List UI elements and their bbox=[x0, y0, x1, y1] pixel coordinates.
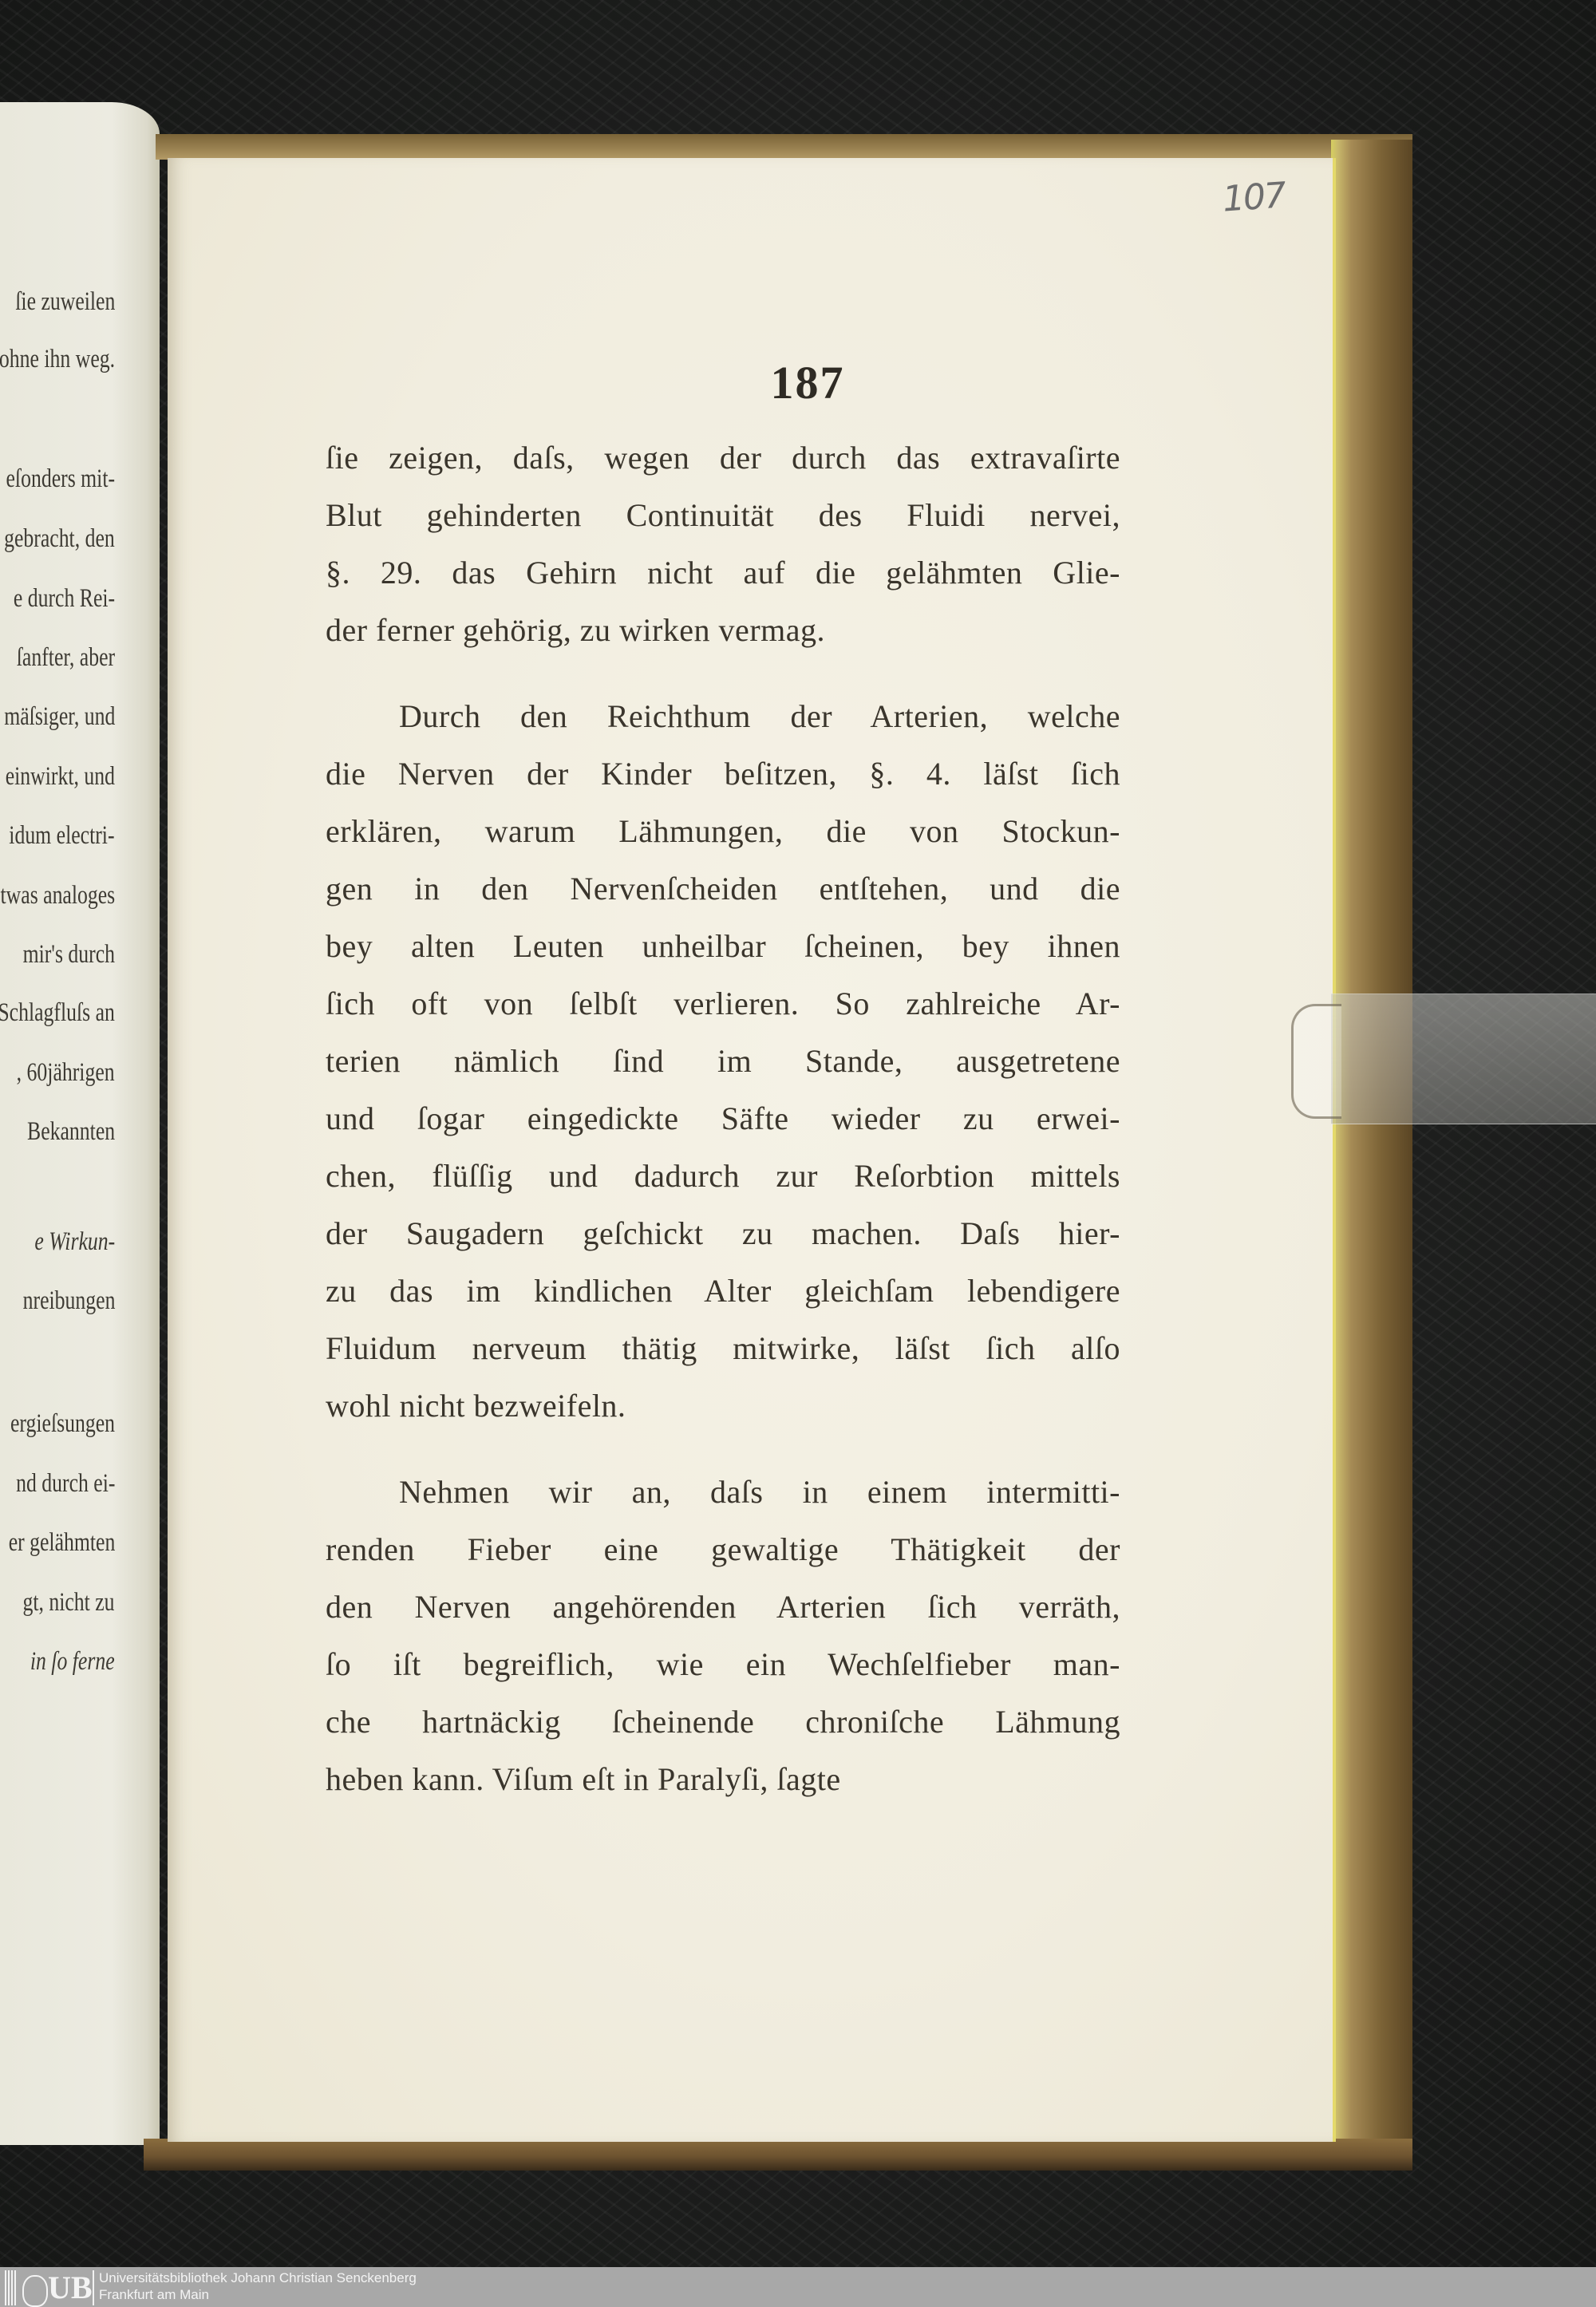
text-line: Blut gehinderten Continuität des Fluidi … bbox=[326, 487, 1120, 544]
text-line: heben kann. Viſum eſt in Paralyſi, ſagte bbox=[326, 1751, 1120, 1808]
text-line: und ſogar eingedickte Säfte wieder zu er… bbox=[326, 1090, 1120, 1148]
left-fragment-line: ſie zuweilen bbox=[15, 287, 115, 317]
text-line: che hartnäckig ſcheinende chroniſche Läh… bbox=[326, 1693, 1120, 1751]
left-fragment-line: nreibungen bbox=[22, 1286, 115, 1316]
text-line: ſo iſt begreiflich, wie ein Wechſelfiebe… bbox=[326, 1636, 1120, 1693]
book-board-top-edge bbox=[156, 134, 1412, 160]
text-line: erklären, warum Lähmungen, die von Stock… bbox=[326, 803, 1120, 860]
left-fragment-line: mäſsiger, und bbox=[4, 702, 115, 732]
body-text: ſie zeigen, daſs, wegen der durch das ex… bbox=[326, 429, 1120, 1808]
handwritten-folio-number: 107 bbox=[1221, 175, 1286, 219]
ub-logo-icon: UB bbox=[3, 2270, 94, 2305]
left-fragment-line: idum electri- bbox=[10, 821, 115, 851]
footer-text: Universitätsbibliothek Johann Christian … bbox=[99, 2269, 417, 2303]
institution-location: Frankfurt am Main bbox=[99, 2286, 417, 2303]
text-line: der ferner gehörig, zu wirken vermag. bbox=[326, 602, 1120, 659]
left-fragment-line: Bekannten bbox=[27, 1117, 115, 1147]
left-fragment-line: er gelähmten bbox=[8, 1528, 115, 1558]
text-line: chen, flüſſig und dadurch zur Reſorbtion… bbox=[326, 1148, 1120, 1205]
left-fragment-line: Schlagfluſs an bbox=[0, 998, 115, 1028]
text-line: der Saugadern geſchickt zu machen. Daſs … bbox=[326, 1205, 1120, 1262]
text-line: §. 29. das Gehirn nicht auf die gelähmte… bbox=[326, 544, 1120, 602]
text-line: Fluidum nerveum thätig mitwirke, läſst ſ… bbox=[326, 1320, 1120, 1377]
text-line: ſie zeigen, daſs, wegen der durch das ex… bbox=[326, 429, 1120, 487]
page-number: 187 bbox=[0, 356, 1596, 409]
left-fragment-line: ergieſsungen bbox=[10, 1409, 115, 1439]
institution-name: Universitätsbibliothek Johann Christian … bbox=[99, 2269, 417, 2286]
transparent-bookmark-strip bbox=[1331, 994, 1596, 1124]
left-fragment-line: eſonders mit- bbox=[6, 464, 115, 494]
left-fragment-line: in ſo ferne bbox=[30, 1647, 115, 1677]
text-line: zu das im kindlichen Alter gleichſam leb… bbox=[326, 1262, 1120, 1320]
text-line: wohl nicht bezweifeln. bbox=[326, 1377, 1120, 1435]
logo-portrait-icon bbox=[22, 2275, 48, 2307]
text-line: die Nerven der Kinder beſitzen, §. 4. lä… bbox=[326, 745, 1120, 803]
logo-letters: UB bbox=[48, 2269, 93, 2306]
left-fragment-line: mir's durch bbox=[23, 940, 115, 970]
left-fragment-line: e Wirkun- bbox=[34, 1227, 115, 1257]
left-fragment-line: , 60jährigen bbox=[17, 1058, 115, 1088]
bookmark-clip-loop bbox=[1291, 1004, 1341, 1119]
text-line: gen in den Nervenſcheiden entſtehen, und… bbox=[326, 860, 1120, 918]
left-fragment-line: nd durch ei- bbox=[16, 1469, 115, 1499]
left-fragment-line: twas analoges bbox=[0, 881, 115, 911]
text-line: ſich oft von ſelbſt verlieren. So zahlre… bbox=[326, 975, 1120, 1033]
book-board-bottom-edge bbox=[144, 2139, 1412, 2171]
library-footer-bar: UB Universitätsbibliothek Johann Christi… bbox=[0, 2267, 1596, 2307]
paragraph: Durch den Reichthum der Arterien, welche… bbox=[326, 688, 1120, 1435]
left-fragment-line: ſanfter, aber bbox=[17, 643, 115, 673]
left-fragment-line: gebracht, den bbox=[4, 524, 115, 554]
text-line: terien nämlich ſind im Stande, ausgetret… bbox=[326, 1033, 1120, 1090]
text-line: bey alten Leuten unheilbar ſcheinen, bey… bbox=[326, 918, 1120, 975]
text-line: den Nerven angehörenden Arterien ſich ve… bbox=[326, 1578, 1120, 1636]
text-line: Durch den Reichthum der Arterien, welche bbox=[326, 688, 1120, 745]
text-line: Nehmen wir an, daſs in einem intermitti- bbox=[326, 1464, 1120, 1521]
left-fragment-line: gt, nicht zu bbox=[23, 1588, 115, 1618]
paragraph: Nehmen wir an, daſs in einem intermitti-… bbox=[326, 1464, 1120, 1808]
left-fragment-line: e durch Rei- bbox=[14, 584, 115, 614]
book-board-right-edge bbox=[1331, 140, 1412, 2159]
left-fragment-line: einwirkt, und bbox=[6, 762, 115, 792]
text-line: renden Fieber eine gewaltige Thätigkeit … bbox=[326, 1521, 1120, 1578]
logo-columns-icon bbox=[5, 2270, 16, 2305]
paragraph: ſie zeigen, daſs, wegen der durch das ex… bbox=[326, 429, 1120, 659]
